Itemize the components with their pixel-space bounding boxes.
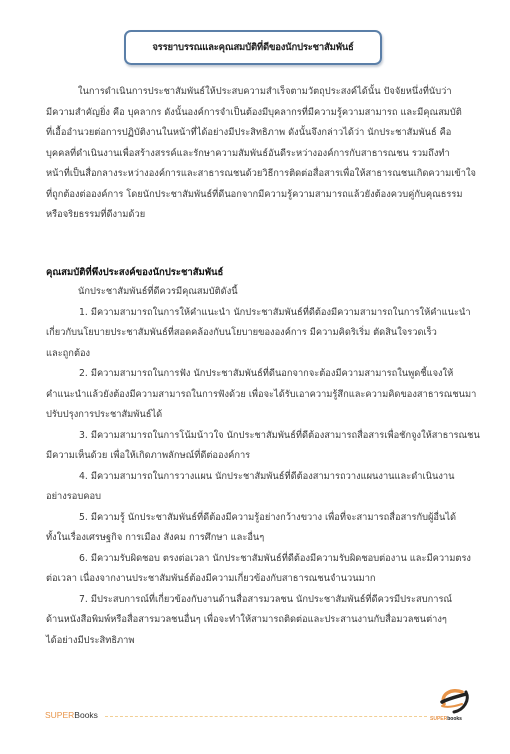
intro-line: มีความสำคัญยิ่ง คือ บุคลากร ดังนั้นองค์ก… (46, 103, 466, 124)
list-item-line: ปรับปรุงการประชาสัมพันธ์ได้ (46, 405, 466, 426)
footer-divider (105, 716, 427, 717)
intro-line: หน้าที่เป็นสื่อกลางระหว่างองค์การและสาธา… (46, 164, 466, 185)
intro-line: หรือจริยธรรมที่ดีงามด้วย (46, 205, 466, 226)
intro-line: ในการดำเนินการประชาสัมพันธ์ให้ประสบความส… (46, 82, 466, 103)
list-item: 3. มีความสามารถในการโน้มน้าวใจ นักประชาส… (46, 426, 466, 467)
intro-line: ที่เอื้ออำนวยต่อการปฏิบัติงานในหน้าที่ได… (46, 123, 466, 144)
list-item-line: 5. มีความรู้ นักประชาสัมพันธ์ที่ดีต้องมี… (46, 508, 466, 529)
globe-swoosh-icon (428, 686, 484, 718)
list-item: 7. มีประสบการณ์ที่เกี่ยวข้องกับงานด้านสื… (46, 590, 466, 652)
intro-line: ที่ถูกต้องต่อองค์การ โดยนักประชาสัมพันธ์… (46, 185, 466, 206)
logo-books: books (447, 716, 462, 722)
list-item: 1. มีความสามารถในการให้คำแนะนำ นักประชาส… (46, 303, 466, 365)
list-item-line: มีความเห็นด้วย เพื่อให้เกิดภาพลักษณ์ที่ด… (46, 446, 466, 467)
list-item-line: 3. มีความสามารถในการโน้มน้าวใจ นักประชาส… (46, 426, 466, 447)
footer-brand: SUPERBooks (45, 710, 98, 720)
list-item-line: 1. มีความสามารถในการให้คำแนะนำ นักประชาส… (46, 303, 466, 324)
section-heading: คุณสมบัติที่พึงประสงค์ของนักประชาสัมพันธ… (46, 265, 223, 280)
list-item-line: 4. มีความสามารถในการวางแผน นักประชาสัมพั… (46, 467, 466, 488)
list-item-line: ด้านหนังสือพิมพ์หรือสื่อสารมวลชนอื่นๆ เพ… (46, 610, 466, 631)
footer-brand-books: Books (74, 710, 98, 720)
document-page: จรรยาบรรณและคุณสมบัติที่ดีของนักประชาสัม… (0, 0, 510, 754)
footer-brand-super: SUPER (45, 710, 74, 720)
list-item-line: 6. มีความรับผิดชอบ ตรงต่อเวลา นักประชาสั… (46, 549, 466, 570)
list-item: 2. มีความสามารถในการฟัง นักประชาสัมพันธ์… (46, 364, 466, 426)
list-item: 6. มีความรับผิดชอบ ตรงต่อเวลา นักประชาสั… (46, 549, 466, 590)
list-item-line: อย่างรอบคอบ (46, 487, 466, 508)
intro-paragraph: ในการดำเนินการประชาสัมพันธ์ให้ประสบความส… (46, 82, 466, 226)
logo-super: SUPER (430, 716, 447, 722)
list-item: 4. มีความสามารถในการวางแผน นักประชาสัมพั… (46, 467, 466, 508)
list-item-line: ต่อเวลา เนื่องจากงานประชาสัมพันธ์ต้องมีค… (46, 569, 466, 590)
footer-logo: SUPERbooks (428, 686, 484, 730)
qualifications-lead: นักประชาสัมพันธ์ที่ดีควรมีคุณสมบัติดังนี… (46, 282, 466, 303)
list-item-line: และถูกต้อง (46, 344, 466, 365)
list-item-line: ทั้งในเรื่องเศรษฐกิจ การเมือง สังคม การศ… (46, 528, 466, 549)
qualifications-list: นักประชาสัมพันธ์ที่ดีควรมีคุณสมบัติดังนี… (46, 282, 466, 651)
list-item-line: 2. มีความสามารถในการฟัง นักประชาสัมพันธ์… (46, 364, 466, 385)
list-item-line: 7. มีประสบการณ์ที่เกี่ยวข้องกับงานด้านสื… (46, 590, 466, 611)
list-item-line: เกี่ยวกับนโยบายประชาสัมพันธ์ที่สอดคล้องก… (46, 323, 466, 344)
list-item: 5. มีความรู้ นักประชาสัมพันธ์ที่ดีต้องมี… (46, 508, 466, 549)
list-item-line: คำแนะนำแล้วยังต้องมีความสามารถในการฟังด้… (46, 385, 466, 406)
page-title: จรรยาบรรณและคุณสมบัติที่ดีของนักประชาสัม… (152, 40, 353, 55)
title-box: จรรยาบรรณและคุณสมบัติที่ดีของนักประชาสัม… (124, 30, 382, 65)
intro-line: บุคคลที่ดำเนินงานเพื่อสร้างสรรค์และรักษา… (46, 144, 466, 165)
footer-logo-text: SUPERbooks (430, 716, 462, 722)
list-item-line: ได้อย่างมีประสิทธิภาพ (46, 631, 466, 652)
